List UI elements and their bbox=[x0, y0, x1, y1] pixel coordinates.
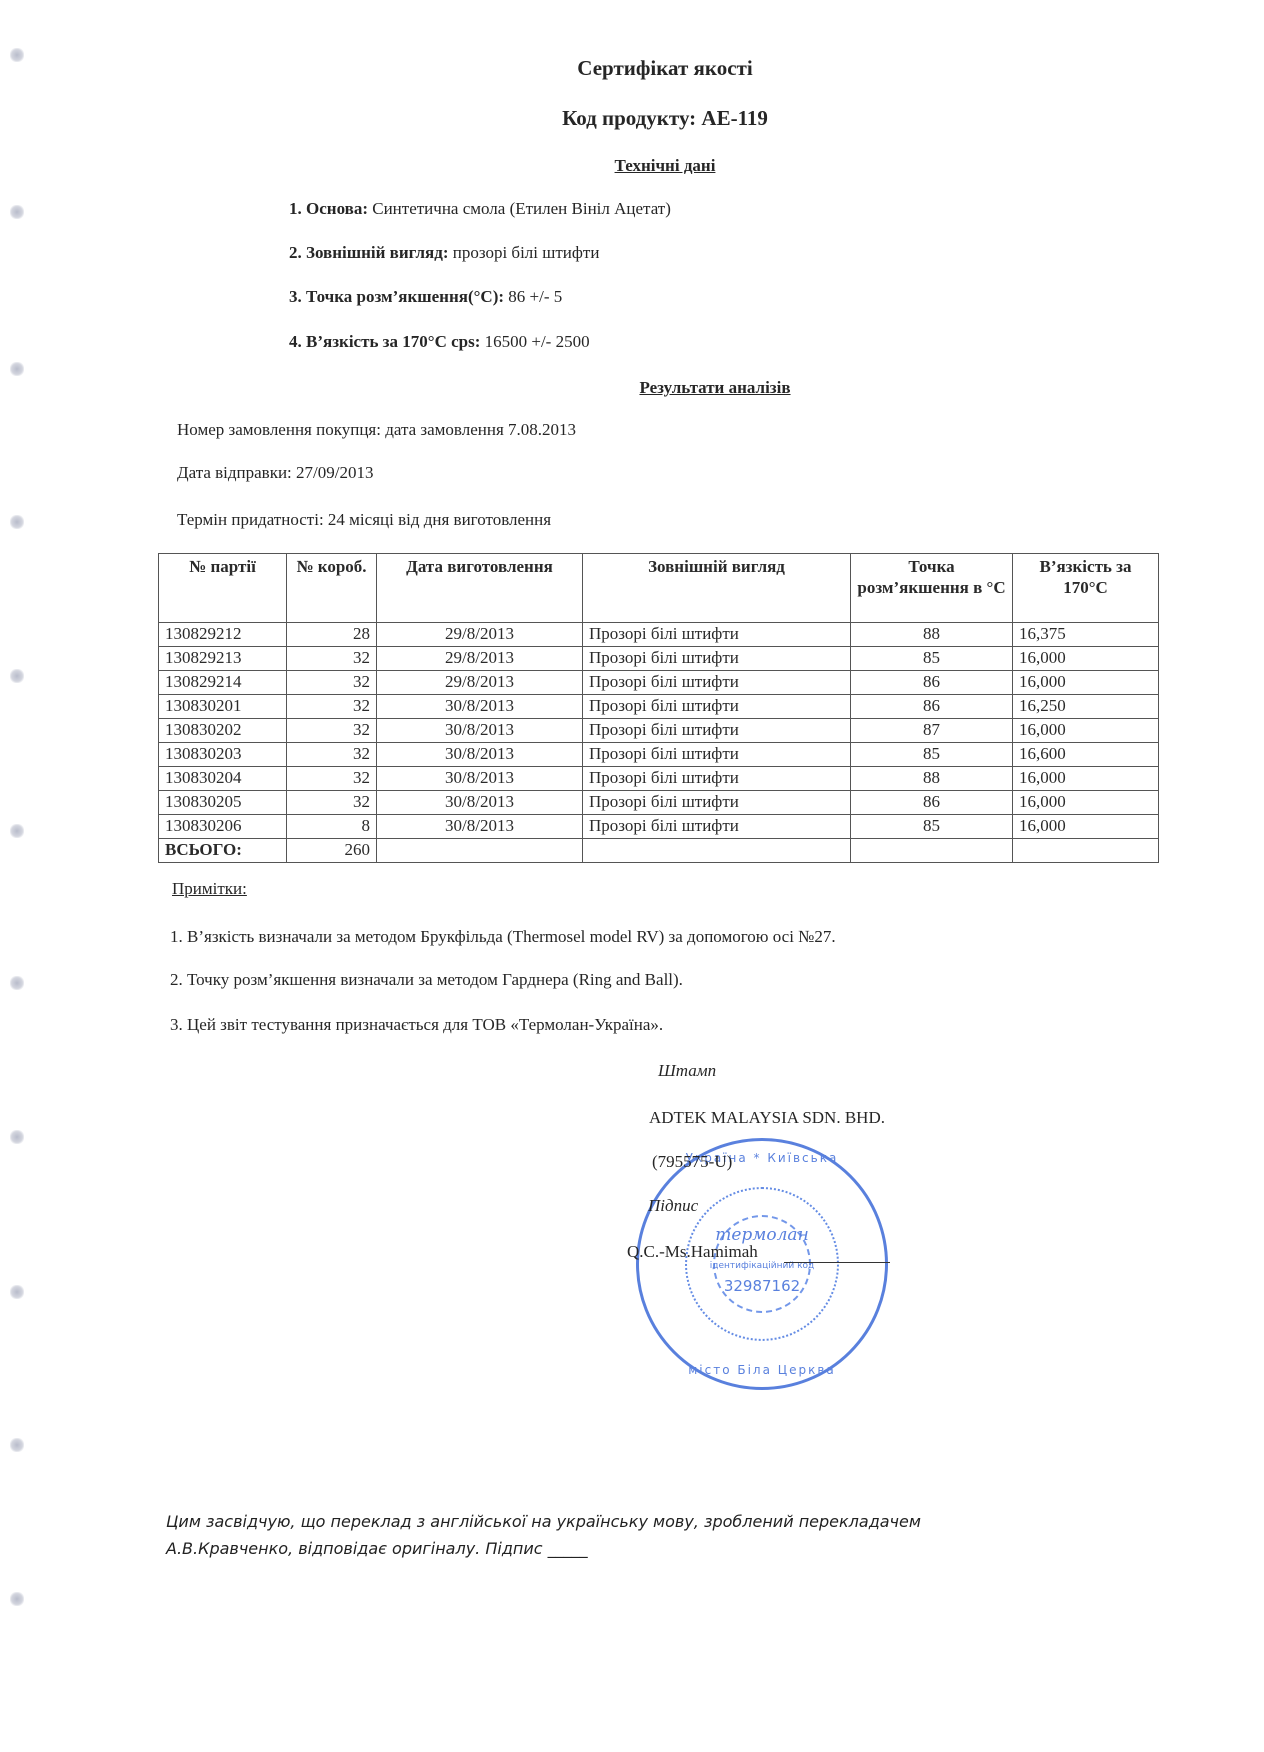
table-row: 1308292122829/8/2013Прозорі білі штифти8… bbox=[159, 623, 1159, 647]
scan-mark bbox=[10, 976, 24, 990]
col-viscosity: В’язкість за 170°C bbox=[1013, 554, 1159, 623]
table-header-row: № партії № короб. Дата виготовлення Зовн… bbox=[159, 554, 1159, 623]
company-reg: (795575-U) bbox=[652, 1152, 732, 1172]
scan-mark bbox=[10, 205, 24, 219]
note-item: 2. Точку розм’якшення визначали за метод… bbox=[170, 970, 683, 990]
scan-mark bbox=[10, 1130, 24, 1144]
spec-base: 1. Основа: Синтетична смола (Етилен Віні… bbox=[289, 199, 671, 219]
spec-viscosity: 4. В’язкість за 170°C cps: 16500 +/- 250… bbox=[289, 332, 590, 352]
scan-mark bbox=[10, 824, 24, 838]
scan-mark bbox=[10, 1592, 24, 1606]
certification-line-2: А.В.Кравченко, відповідає оригіналу. Під… bbox=[166, 1535, 588, 1562]
ship-date: Дата відправки: 27/09/2013 bbox=[177, 463, 373, 483]
order-info: Номер замовлення покупця: дата замовленн… bbox=[177, 420, 576, 440]
col-boxes: № короб. bbox=[287, 554, 377, 623]
scan-mark bbox=[10, 1285, 24, 1299]
document-title: Сертифікат якості bbox=[0, 56, 1264, 81]
tech-data-heading: Технічні дані bbox=[0, 156, 1264, 176]
table-row: 1308302023230/8/2013Прозорі білі штифти8… bbox=[159, 719, 1159, 743]
signer-name: Q.C.-Ms.Hamimah bbox=[627, 1242, 758, 1262]
scan-mark bbox=[10, 1438, 24, 1452]
company-seal: Україна * Київська термолан ідентифікаці… bbox=[636, 1138, 888, 1390]
table-row: 1308302013230/8/2013Прозорі білі штифти8… bbox=[159, 695, 1159, 719]
signature-line bbox=[784, 1262, 890, 1263]
scan-mark bbox=[10, 515, 24, 529]
note-item: 1. В’язкість визначали за методом Брукфі… bbox=[170, 927, 836, 947]
results-heading: Результати аналізів bbox=[0, 378, 1264, 398]
table-row: 1308292133229/8/2013Прозорі білі штифти8… bbox=[159, 647, 1159, 671]
sign-label: Підпис bbox=[648, 1196, 698, 1216]
spec-appearance: 2. Зовнішній вигляд: прозорі білі штифти bbox=[289, 243, 599, 263]
table-row: 1308302053230/8/2013Прозорі білі штифти8… bbox=[159, 791, 1159, 815]
col-batch: № партії bbox=[159, 554, 287, 623]
total-label: ВСЬОГО: bbox=[159, 839, 287, 863]
col-softening: Точка розм’якшення в °C bbox=[851, 554, 1013, 623]
table-total-row: ВСЬОГО: 260 bbox=[159, 839, 1159, 863]
results-table: № партії № короб. Дата виготовлення Зовн… bbox=[158, 553, 1159, 863]
notes-heading: Примітки: bbox=[172, 879, 247, 899]
table-row: 130830206830/8/2013Прозорі білі штифти85… bbox=[159, 815, 1159, 839]
total-boxes: 260 bbox=[287, 839, 377, 863]
shelf-life: Термін придатності: 24 місяці від дня ви… bbox=[177, 510, 551, 530]
table-row: 1308302033230/8/2013Прозорі білі штифти8… bbox=[159, 743, 1159, 767]
product-code: Код продукту: АЕ-119 bbox=[0, 106, 1264, 131]
note-item: 3. Цей звіт тестування призначається для… bbox=[170, 1015, 663, 1035]
col-date: Дата виготовлення bbox=[377, 554, 583, 623]
scan-mark bbox=[10, 362, 24, 376]
col-appearance: Зовнішній вигляд bbox=[583, 554, 851, 623]
spec-softening-point: 3. Точка розм’якшення(°C): 86 +/- 5 bbox=[289, 287, 562, 307]
table-row: 1308292143229/8/2013Прозорі білі штифти8… bbox=[159, 671, 1159, 695]
scan-mark bbox=[10, 669, 24, 683]
certification-line-1: Цим засвідчую, що переклад з англійської… bbox=[166, 1508, 921, 1535]
stamp-label: Штамп bbox=[658, 1061, 716, 1081]
company-name: ADTEK MALAYSIA SDN. BHD. bbox=[649, 1108, 885, 1128]
table-row: 1308302043230/8/2013Прозорі білі штифти8… bbox=[159, 767, 1159, 791]
